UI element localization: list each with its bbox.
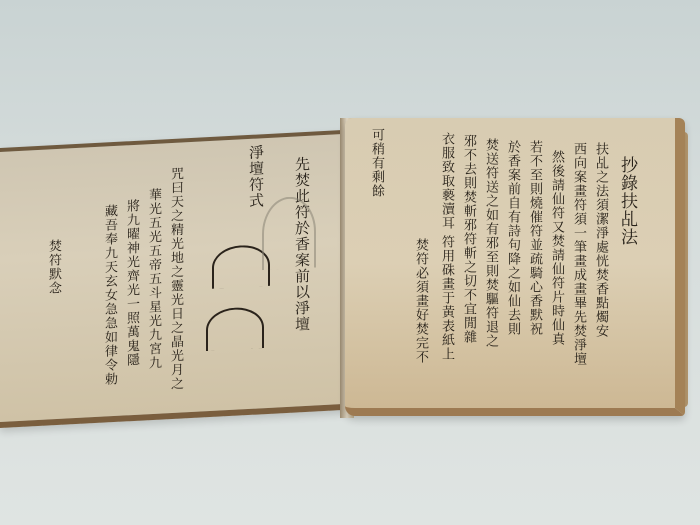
right-col-8: 衣服致取褻瀆耳 符用硃畫于黃表紙上 bbox=[438, 132, 455, 361]
right-col-4: 若不至則燒催符並疏騎心香默祝 bbox=[526, 140, 543, 336]
left-col-4: 華光五光五帝五斗星光九宮九 bbox=[145, 188, 162, 371]
manuscript-photo: 先焚此符於香案前以淨壇 淨壇符式 咒曰天之精光地之靈光日之晶光月之 華光五光五帝… bbox=[0, 0, 700, 525]
right-col-7: 邪不去則焚斬邪符斬之切不宜閒雜 bbox=[460, 134, 477, 344]
talisman-bleedthrough bbox=[262, 195, 316, 270]
right-col-6: 焚送符送之如有邪至則焚驅符退之 bbox=[482, 138, 499, 348]
right-col-10: 可稍有剩餘 bbox=[368, 128, 385, 198]
right-col-1: 扶乩之法須潔淨處恍焚香點燭安 bbox=[592, 142, 609, 338]
right-col-3: 然後請仙符又焚請仙符片時仙真 bbox=[548, 150, 565, 346]
left-page: 先焚此符於香案前以淨壇 淨壇符式 咒曰天之精光地之靈光日之晶光月之 華光五光五帝… bbox=[0, 130, 352, 428]
right-col-2: 西向案畫符須一筆畫成畫畢先焚淨壇 bbox=[570, 142, 587, 366]
left-col-2: 淨壇符式 bbox=[247, 144, 264, 209]
talisman-drawing-2 bbox=[206, 306, 264, 351]
left-col-6: 藏吾奉九天玄女急急如律令勅 bbox=[101, 204, 118, 387]
right-col-9: 焚符必須畫好焚完不 bbox=[412, 238, 429, 364]
left-col-3: 咒曰天之精光地之靈光日之晶光月之 bbox=[167, 166, 184, 391]
right-col-5: 於香案前自有詩句降之如仙去則 bbox=[504, 140, 521, 336]
right-page: 抄錄扶乩法 扶乩之法須潔淨處恍焚香點燭安 西向案畫符須一筆畫成畫畢先焚淨壇 然後… bbox=[345, 118, 685, 416]
left-col-5: 將九曜神光齊光一照萬鬼隱 bbox=[123, 199, 140, 368]
right-title: 抄錄扶乩法 bbox=[618, 156, 635, 246]
left-col-7: 焚符默念 bbox=[45, 239, 62, 296]
